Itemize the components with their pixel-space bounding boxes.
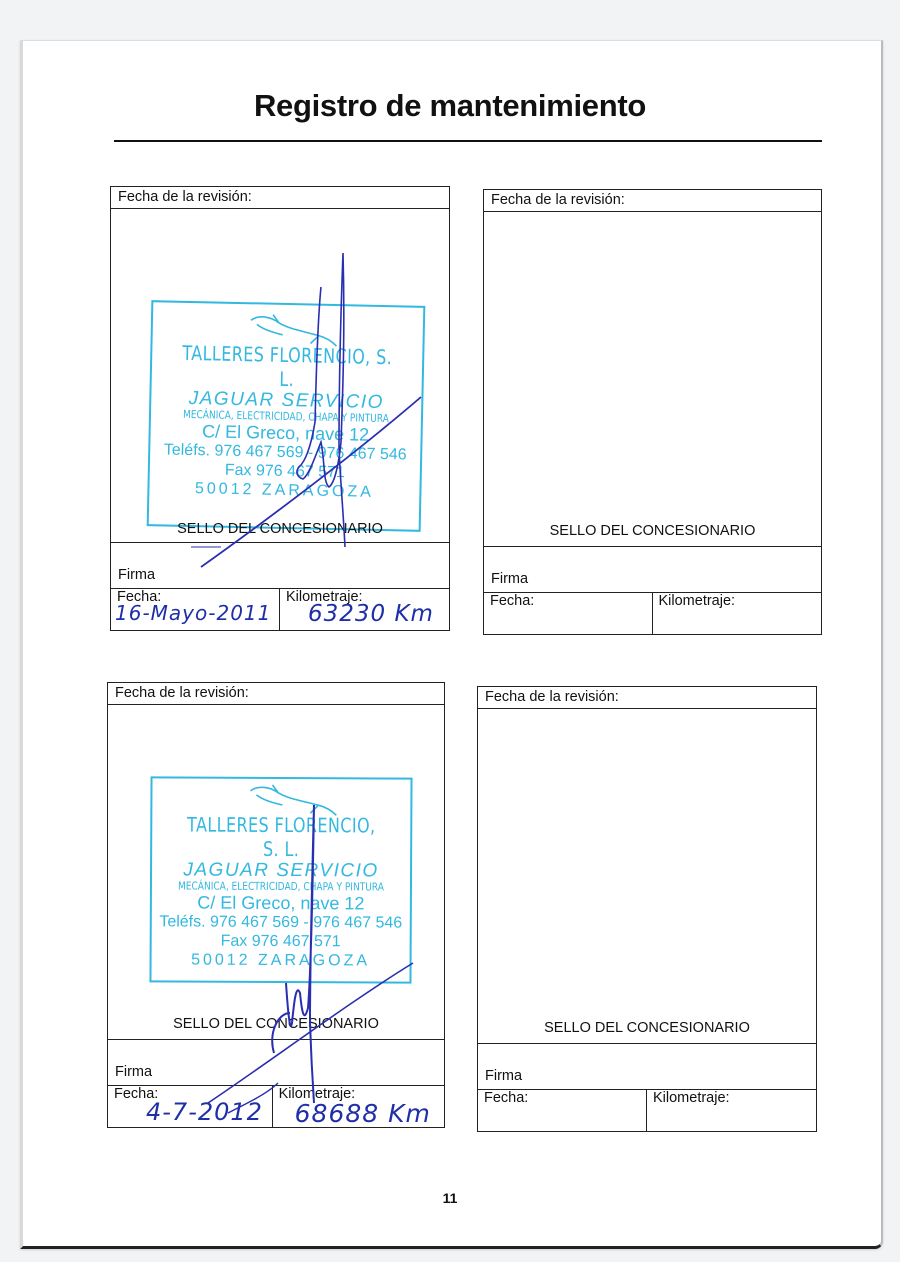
revision-date-header: Fecha de la revisión:: [108, 683, 444, 705]
maintenance-record-1: Fecha de la revisión: TALLERES FLORENCIO…: [110, 186, 450, 631]
signature-label: Firma: [118, 567, 155, 583]
revision-date-header: Fecha de la revisión:: [484, 190, 821, 212]
page-title: Registro de mantenimiento: [0, 88, 900, 124]
signature-row[interactable]: Firma: [478, 1043, 816, 1087]
dealer-stamp-label: SELLO DEL CONCESIONARIO: [484, 523, 821, 539]
mileage-cell[interactable]: Kilometraje:: [647, 1090, 816, 1131]
signature-label: Firma: [491, 571, 528, 587]
signature-row[interactable]: Firma: [484, 546, 821, 590]
handwritten-signature: [178, 783, 438, 1163]
mileage-cell[interactable]: Kilometraje:: [653, 593, 822, 634]
date-mileage-row: Fecha: Kilometraje:: [484, 592, 821, 634]
date-cell[interactable]: Fecha:: [478, 1090, 647, 1131]
date-label: Fecha:: [484, 1090, 528, 1106]
signature-label: Firma: [115, 1064, 152, 1080]
maintenance-record-3: Fecha de la revisión: TALLERES FLORENCIO…: [107, 682, 445, 1128]
mileage-label: Kilometraje:: [653, 1090, 730, 1106]
signature-label: Firma: [485, 1068, 522, 1084]
maintenance-record-4: Fecha de la revisión: SELLO DEL CONCESIO…: [477, 686, 817, 1132]
date-cell[interactable]: Fecha:: [484, 593, 653, 634]
dealer-stamp-label: SELLO DEL CONCESIONARIO: [478, 1020, 816, 1036]
page-number: 11: [0, 1190, 900, 1206]
revision-date-header: Fecha de la revisión:: [478, 687, 816, 709]
revision-date-header: Fecha de la revisión:: [111, 187, 449, 209]
maintenance-record-2: Fecha de la revisión: SELLO DEL CONCESIO…: [483, 189, 822, 635]
title-divider: [114, 140, 822, 142]
date-mileage-row: Fecha: Kilometraje:: [478, 1089, 816, 1131]
date-label: Fecha:: [490, 593, 534, 609]
mileage-label: Kilometraje:: [659, 593, 736, 609]
handwritten-signature: [191, 247, 451, 647]
